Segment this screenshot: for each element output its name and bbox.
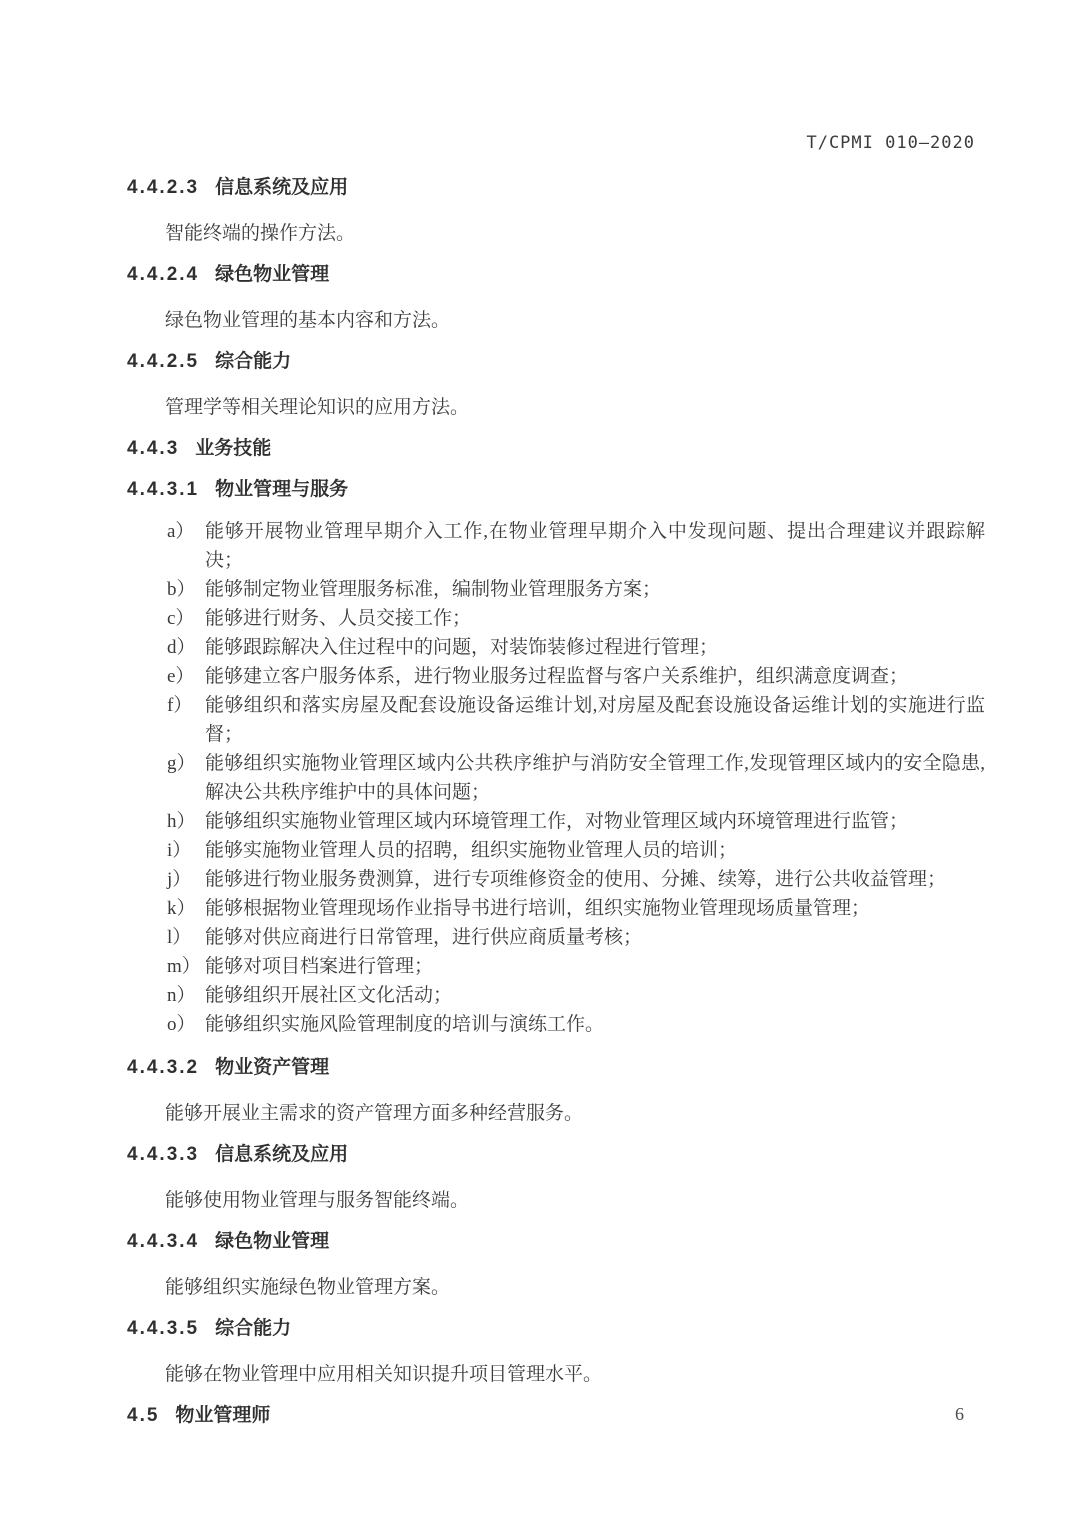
list-item: c）能够进行财务、人员交接工作； xyxy=(167,604,985,633)
section-title: 绿色物业管理 xyxy=(215,1231,329,1252)
item-text: 能够根据物业管理现场作业指导书进行培训，组织实施物业管理现场质量管理； xyxy=(205,894,985,923)
page-content-area: T/CPMI 010—2020 4.4.2.3信息系统及应用智能终端的操作方法。… xyxy=(0,0,1080,1428)
section-number: 4.4.3.4 xyxy=(127,1231,199,1252)
paragraph: 绿色物业管理的基本内容和方法。 xyxy=(127,309,985,333)
section-heading: 4.4.3.1物业管理与服务 xyxy=(127,478,985,502)
section-number: 4.4.3.3 xyxy=(127,1144,199,1165)
page-number: 6 xyxy=(955,1402,964,1426)
section-number: 4.4.3.1 xyxy=(127,479,199,500)
section-heading: 4.4.3业务技能 xyxy=(127,437,985,461)
list-item: d）能够跟踪解决入住过程中的问题，对装饰装修过程进行管理； xyxy=(167,633,985,662)
item-label: o） xyxy=(167,1010,205,1039)
section-title: 物业管理师 xyxy=(175,1405,270,1426)
section-heading: 4.4.2.4绿色物业管理 xyxy=(127,263,985,287)
paragraph: 能够开展业主需求的资产管理方面多种经营服务。 xyxy=(127,1102,985,1126)
section-number: 4.4.2.3 xyxy=(127,177,199,198)
section-heading: 4.4.3.5综合能力 xyxy=(127,1317,985,1341)
item-text: 能够对供应商进行日常管理，进行供应商质量考核； xyxy=(205,923,985,952)
section-number: 4.4.2.5 xyxy=(127,351,199,372)
section-title: 业务技能 xyxy=(195,438,271,459)
item-text: 能够进行物业服务费测算，进行专项维修资金的使用、分摊、续筹，进行公共收益管理； xyxy=(205,865,985,894)
list-item: o）能够组织实施风险管理制度的培训与演练工作。 xyxy=(167,1010,985,1039)
section-heading: 4.4.2.3信息系统及应用 xyxy=(127,176,985,200)
item-text: 能够组织实施物业管理区域内公共秩序维护与消防安全管理工作,发现管理区域内的安全隐… xyxy=(205,749,985,807)
paragraph: 智能终端的操作方法。 xyxy=(127,222,985,246)
item-label: h） xyxy=(167,807,205,836)
item-text: 能够组织实施物业管理区域内环境管理工作，对物业管理区域内环境管理进行监管； xyxy=(205,807,985,836)
item-label: k） xyxy=(167,894,205,923)
list-item: h）能够组织实施物业管理区域内环境管理工作，对物业管理区域内环境管理进行监管； xyxy=(167,807,985,836)
item-text: 能够制定物业管理服务标准，编制物业管理服务方案； xyxy=(205,575,985,604)
list-item: e）能够建立客户服务体系，进行物业服务过程监督与客户关系维护，组织满意度调查； xyxy=(167,662,985,691)
list-item: f）能够组织和落实房屋及配套设施设备运维计划,对房屋及配套设施设备运维计划的实施… xyxy=(167,691,985,749)
item-text: 能够建立客户服务体系，进行物业服务过程监督与客户关系维护，组织满意度调查； xyxy=(205,662,985,691)
list-item: n）能够组织开展社区文化活动； xyxy=(167,981,985,1010)
standard-number-header: T/CPMI 010—2020 xyxy=(127,131,985,155)
paragraph: 能够在物业管理中应用相关知识提升项目管理水平。 xyxy=(127,1363,985,1387)
section-number: 4.4.3 xyxy=(127,438,179,459)
item-label: f） xyxy=(167,691,205,720)
item-label: i） xyxy=(167,836,205,865)
item-text: 能够实施物业管理人员的招聘，组织实施物业管理人员的培训； xyxy=(205,836,985,865)
item-text: 能够对项目档案进行管理； xyxy=(205,952,985,981)
section-number: 4.5 xyxy=(127,1405,159,1426)
item-text: 能够组织开展社区文化活动； xyxy=(205,981,985,1010)
section-number: 4.4.3.2 xyxy=(127,1057,199,1078)
paragraph: 能够使用物业管理与服务智能终端。 xyxy=(127,1189,985,1213)
item-label: m） xyxy=(167,952,205,981)
section-title: 绿色物业管理 xyxy=(215,264,329,285)
document-page: T/CPMI 010—2020 4.4.2.3信息系统及应用智能终端的操作方法。… xyxy=(0,0,1080,1528)
list-item: l）能够对供应商进行日常管理，进行供应商质量考核； xyxy=(167,923,985,952)
item-text: 能够进行财务、人员交接工作； xyxy=(205,604,985,633)
section-number: 4.4.3.5 xyxy=(127,1318,199,1339)
item-text: 能够组织实施风险管理制度的培训与演练工作。 xyxy=(205,1010,985,1039)
item-label: n） xyxy=(167,981,205,1010)
section-title: 物业资产管理 xyxy=(215,1057,329,1078)
item-text: 能够跟踪解决入住过程中的问题，对装饰装修过程进行管理； xyxy=(205,633,985,662)
item-label: c） xyxy=(167,604,205,633)
list-item: j）能够进行物业服务费测算，进行专项维修资金的使用、分摊、续筹，进行公共收益管理… xyxy=(167,865,985,894)
section-heading: 4.4.3.2物业资产管理 xyxy=(127,1056,985,1080)
section-number: 4.4.2.4 xyxy=(127,264,199,285)
item-label: j） xyxy=(167,865,205,894)
section-title: 信息系统及应用 xyxy=(215,1144,348,1165)
item-text: 能够开展物业管理早期介入工作,在物业管理早期介入中发现问题、提出合理建议并跟踪解… xyxy=(205,517,985,575)
section-title: 信息系统及应用 xyxy=(215,177,348,198)
item-label: d） xyxy=(167,633,205,662)
list-item: i）能够实施物业管理人员的招聘，组织实施物业管理人员的培训； xyxy=(167,836,985,865)
document-body: 4.4.2.3信息系统及应用智能终端的操作方法。4.4.2.4绿色物业管理绿色物… xyxy=(127,176,985,1428)
section-heading: 4.4.3.3信息系统及应用 xyxy=(127,1143,985,1167)
paragraph: 管理学等相关理论知识的应用方法。 xyxy=(127,396,985,420)
section-title: 综合能力 xyxy=(215,1318,291,1339)
list-item: b）能够制定物业管理服务标准，编制物业管理服务方案； xyxy=(167,575,985,604)
list-item: a）能够开展物业管理早期介入工作,在物业管理早期介入中发现问题、提出合理建议并跟… xyxy=(167,517,985,575)
item-label: g） xyxy=(167,749,205,778)
item-label: a） xyxy=(167,517,205,546)
section-heading: 4.5物业管理师 xyxy=(127,1404,985,1428)
section-heading: 4.4.2.5综合能力 xyxy=(127,350,985,374)
list-item: m）能够对项目档案进行管理； xyxy=(167,952,985,981)
list-item: k）能够根据物业管理现场作业指导书进行培训，组织实施物业管理现场质量管理； xyxy=(167,894,985,923)
item-label: l） xyxy=(167,923,205,952)
section-heading: 4.4.3.4绿色物业管理 xyxy=(127,1230,985,1254)
item-text: 能够组织和落实房屋及配套设施设备运维计划,对房屋及配套设施设备运维计划的实施进行… xyxy=(205,691,985,749)
item-label: e） xyxy=(167,662,205,691)
ability-list: a）能够开展物业管理早期介入工作,在物业管理早期介入中发现问题、提出合理建议并跟… xyxy=(127,517,985,1039)
section-title: 综合能力 xyxy=(215,351,291,372)
paragraph: 能够组织实施绿色物业管理方案。 xyxy=(127,1276,985,1300)
section-title: 物业管理与服务 xyxy=(215,479,348,500)
list-item: g）能够组织实施物业管理区域内公共秩序维护与消防安全管理工作,发现管理区域内的安… xyxy=(167,749,985,807)
item-label: b） xyxy=(167,575,205,604)
